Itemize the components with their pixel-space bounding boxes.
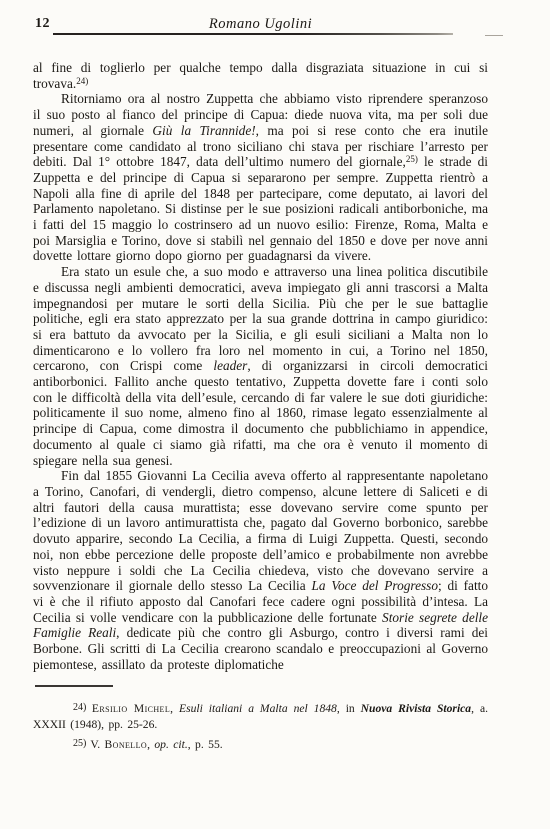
text-segment: ,: [170, 702, 179, 715]
footnote-separator-rule: [35, 685, 113, 687]
text-segment: , in: [337, 702, 361, 715]
footnote: 24) Ersilio Michel, Esuli italiani a Mal…: [33, 701, 488, 731]
running-title: Romano Ugolini: [33, 16, 488, 33]
page-body: al fine di toglierlo per qualche tempo d…: [33, 60, 488, 672]
text-segment: Fin dal 1855 Giovanni La Cecilia aveva o…: [33, 468, 493, 593]
body-paragraph: Fin dal 1855 Giovanni La Cecilia aveva o…: [33, 468, 488, 672]
footnotes: 24) Ersilio Michel, Esuli italiani a Mal…: [33, 701, 488, 752]
body-paragraph: Ritorniamo ora al nostro Zuppetta che ab…: [33, 91, 488, 264]
header-rule-fragment: [485, 35, 503, 36]
body-paragraph: Era stato un esule che, a suo modo e att…: [33, 264, 488, 468]
text-segment: le strade di Zuppetta e del principe di …: [33, 154, 493, 263]
text-segment: V.: [90, 738, 104, 751]
text-segment: La Voce del Progresso: [311, 578, 438, 593]
text-segment: Nuova Rivista Storica: [361, 702, 471, 715]
page-header: 12 Romano Ugolini: [33, 16, 488, 36]
text-segment: Era stato un esule che, a suo modo e att…: [33, 264, 493, 373]
text-segment: Bonello: [105, 738, 148, 751]
footnote-marker: 25): [73, 738, 90, 749]
footnote: 25) V. Bonello, op. cit., p. 55.: [33, 737, 488, 752]
body-paragraph: al fine di toglierlo per qualche tempo d…: [33, 60, 488, 91]
footnote-block: 24) Ersilio Michel, Esuli italiani a Mal…: [33, 685, 488, 752]
text-segment: , di organizzarsi in circoli democratici…: [33, 358, 493, 467]
text-segment: leader: [213, 358, 247, 373]
header-rule: [53, 33, 453, 35]
text-segment: Ersilio Michel: [92, 702, 170, 715]
text-segment: op. cit.: [154, 738, 187, 751]
footnote-marker: 24): [76, 76, 88, 86]
footnote-marker: 24): [73, 702, 92, 713]
text-segment: , p. 55.: [188, 738, 223, 751]
text-segment: al fine di toglierlo per qualche tempo d…: [33, 60, 493, 91]
text-segment: Giù la Tirannide!: [152, 123, 255, 138]
footnote-marker: 25): [406, 154, 418, 164]
book-page: 12 Romano Ugolini al fine di toglierlo p…: [0, 0, 550, 829]
text-segment: Esuli italiani a Malta nel 1848: [179, 702, 337, 715]
